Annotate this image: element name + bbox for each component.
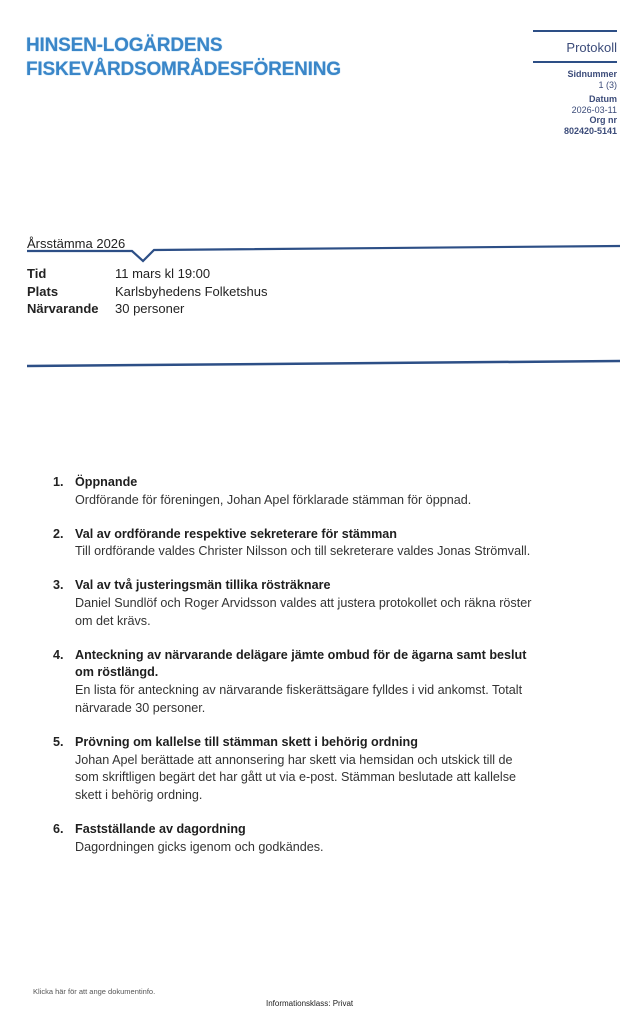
document-meta: Sidnummer 1 (3) Datum 2026-03-11 Org nr … [533, 69, 617, 136]
document-meta-box: Protokoll Sidnummer 1 (3) Datum 2026-03-… [533, 30, 617, 136]
item-heading: Val av ordförande respektive sekreterare… [75, 526, 533, 544]
item-heading: Fastställande av dagordning [75, 821, 533, 839]
classification-label: Informationsklass: Privat [266, 999, 353, 1008]
date-value: 2026-03-11 [533, 105, 617, 116]
item-text: Ordförande för föreningen, Johan Apel fö… [75, 492, 533, 510]
item-text: Dagordningen gicks igenom och godkändes. [75, 839, 533, 857]
item-number: 1. [53, 474, 75, 510]
item-heading: Val av två justeringsmän tillika rösträk… [75, 577, 533, 595]
info-label: Tid [27, 265, 115, 283]
org-number-value: 802420-5141 [533, 126, 617, 137]
info-row-attendees: Närvarande 30 personer [27, 300, 267, 318]
page-number-label: Sidnummer [533, 69, 617, 80]
org-name-line-2: FISKEVÅRDSOMRÅDESFÖRENING [26, 58, 341, 82]
agenda-item: 3. Val av två justeringsmän tillika röst… [53, 577, 533, 630]
item-number: 4. [53, 647, 75, 718]
agenda-item: 6. Fastställande av dagordning Dagordnin… [53, 821, 533, 857]
item-heading: Anteckning av närvarande delägare jämte … [75, 647, 533, 683]
item-number: 3. [53, 577, 75, 630]
item-heading: Prövning om kallelse till stämman skett … [75, 734, 533, 752]
item-heading: Öppnande [75, 474, 533, 492]
org-name-line-1: HINSEN-LOGÄRDENS [26, 34, 341, 58]
info-row-time: Tid 11 mars kl 19:00 [27, 265, 267, 283]
info-label: Plats [27, 283, 115, 301]
agenda-item: 4. Anteckning av närvarande delägare jäm… [53, 647, 533, 718]
item-text: Johan Apel berättade att annonsering har… [75, 752, 533, 805]
item-number: 5. [53, 734, 75, 805]
item-text: En lista för anteckning av närvarande fi… [75, 682, 533, 718]
agenda-item: 2. Val av ordförande respektive sekreter… [53, 526, 533, 562]
info-value: 11 mars kl 19:00 [115, 265, 210, 283]
info-row-place: Plats Karlsbyhedens Folketshus [27, 283, 267, 301]
agenda-item: 5. Prövning om kallelse till stämman ske… [53, 734, 533, 805]
document-info-placeholder[interactable]: Klicka här för att ange dokumentinfo. [33, 987, 155, 996]
info-value: Karlsbyhedens Folketshus [115, 283, 267, 301]
item-number: 6. [53, 821, 75, 857]
agenda-list: 1. Öppnande Ordförande för föreningen, J… [53, 474, 533, 873]
organization-name: HINSEN-LOGÄRDENS FISKEVÅRDSOMRÅDESFÖRENI… [26, 34, 341, 82]
document-type: Protokoll [533, 32, 617, 61]
agenda-item: 1. Öppnande Ordförande för föreningen, J… [53, 474, 533, 510]
divider [533, 61, 617, 63]
org-number-label: Org nr [533, 115, 617, 126]
info-value: 30 personer [115, 300, 184, 318]
item-text: Till ordförande valdes Christer Nilsson … [75, 543, 533, 561]
item-text: Daniel Sundlöf och Roger Arvidsson valde… [75, 595, 533, 631]
page-number-value: 1 (3) [533, 80, 617, 91]
date-label: Datum [533, 94, 617, 105]
item-number: 2. [53, 526, 75, 562]
info-label: Närvarande [27, 300, 115, 318]
meeting-info: Tid 11 mars kl 19:00 Plats Karlsbyhedens… [27, 265, 267, 318]
meeting-title: Årsstämma 2026 [27, 236, 125, 251]
